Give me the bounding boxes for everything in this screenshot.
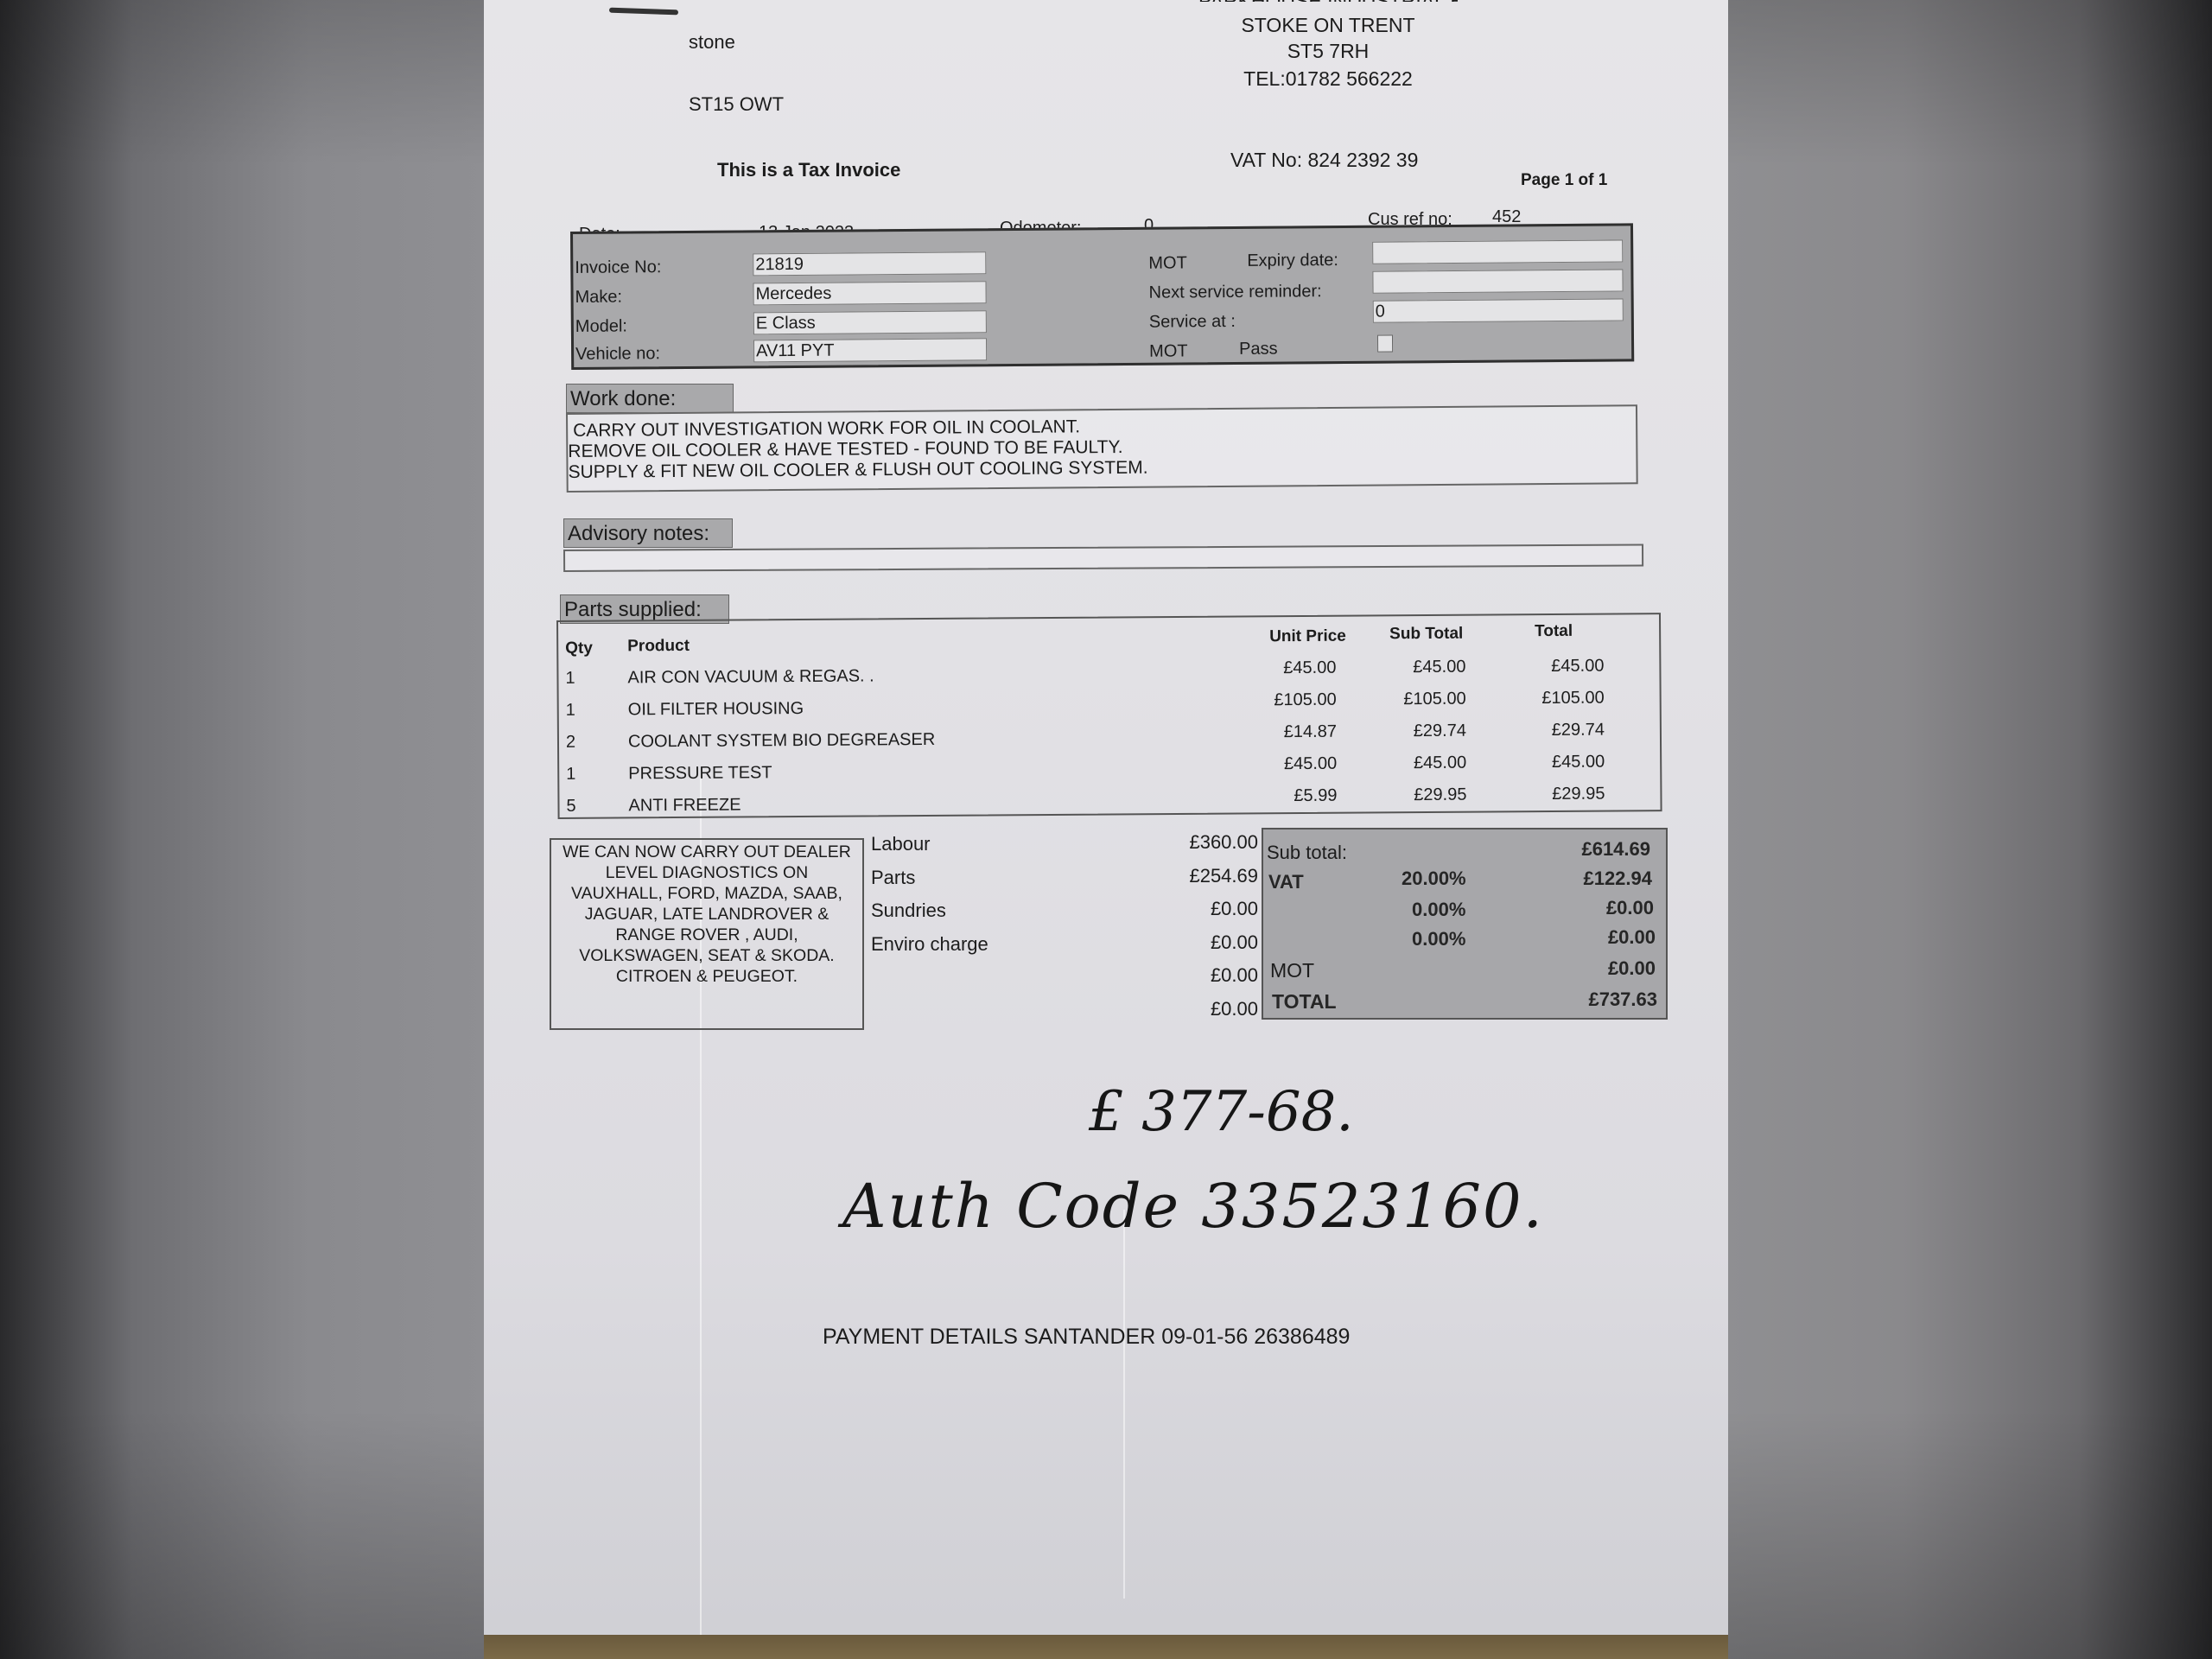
part-unit-price: £105.00 [1233, 690, 1337, 711]
promo-box: WE CAN NOW CARRY OUT DEALERLEVEL DIAGNOS… [550, 838, 864, 1030]
part-sub-total: £29.74 [1354, 721, 1466, 742]
charge-value: £254.69 [1106, 865, 1258, 887]
customer-postcode: ST15 OWT [689, 93, 784, 116]
part-qty: 1 [566, 765, 575, 785]
part-unit-price: £14.87 [1233, 722, 1337, 743]
next-service-field[interactable] [1372, 269, 1623, 293]
mot-pass-label: MOT [1149, 341, 1188, 361]
part-total: £45.00 [1492, 753, 1605, 773]
vehicle-no-label: Vehicle no: [575, 344, 660, 365]
part-total: £29.95 [1492, 785, 1605, 805]
expiry-date-field[interactable] [1372, 239, 1623, 264]
part-qty: 1 [565, 669, 575, 689]
invoice-paper: stone ST15 OWT PARKHOUSE INDUSTRIAL EST … [484, 0, 1728, 1659]
part-sub-total: £105.00 [1354, 690, 1466, 710]
charge-value: £360.00 [1106, 831, 1258, 854]
pen-mark [609, 8, 678, 16]
tax-invoice-label: This is a Tax Invoice [717, 159, 900, 181]
charge-value: £0.00 [1106, 898, 1258, 920]
business-postcode: ST5 7RH [1198, 40, 1458, 63]
service-at-field[interactable]: 0 [1373, 298, 1624, 322]
vehicle-no-field[interactable]: AV11 PYT [753, 338, 987, 362]
part-product: AIR CON VACUUM & REGAS. . [627, 666, 874, 688]
part-qty: 5 [566, 797, 575, 817]
part-qty: 2 [566, 733, 575, 753]
charge-value: £0.00 [1106, 998, 1258, 1020]
invoice-no-field[interactable]: 21819 [753, 251, 986, 276]
page-indicator: Page 1 of 1 [1521, 171, 1607, 190]
work-done-label: Work done: [566, 384, 734, 413]
sub-total-label: Sub total: [1267, 842, 1347, 864]
vat-value: £122.94 [1583, 868, 1652, 890]
amount-2: £0.00 [1606, 897, 1654, 919]
part-unit-price: £5.99 [1233, 786, 1337, 807]
charge-value: £0.00 [1106, 964, 1258, 987]
business-address: PARKHOUSE INDUSTRIAL EST [1198, 0, 1458, 2]
col-qty: Qty [565, 639, 593, 658]
part-product: ANTI FREEZE [628, 796, 741, 817]
part-sub-total: £45.00 [1353, 658, 1465, 678]
part-total: £105.00 [1492, 689, 1605, 709]
charge-value: £0.00 [1106, 931, 1258, 954]
col-total: Total [1535, 622, 1573, 641]
sub-total-value: £614.69 [1581, 838, 1650, 861]
handwritten-auth-code: Auth Code 33523160. [842, 1171, 1544, 1242]
promo-line: RANGE ROVER , AUDI, [551, 925, 862, 945]
part-unit-price: £45.00 [1232, 658, 1336, 679]
advisory-notes-box [563, 543, 1643, 572]
rate-2: 0.00% [1412, 899, 1465, 921]
customer-town: stone [689, 31, 735, 54]
part-qty: 1 [566, 701, 575, 721]
part-sub-total: £45.00 [1354, 753, 1466, 774]
promo-line: VAUXHALL, FORD, MAZDA, SAAB, [551, 883, 862, 904]
part-product: OIL FILTER HOUSING [628, 699, 804, 720]
promo-line: JAGUAR, LATE LANDROVER & [551, 904, 862, 925]
col-unit-price: Unit Price [1269, 627, 1346, 647]
part-total: £45.00 [1491, 657, 1604, 677]
advisory-notes-label: Advisory notes: [563, 518, 733, 548]
charge-label: Enviro charge [871, 933, 988, 956]
amount-3: £0.00 [1608, 926, 1656, 949]
pass-label: Pass [1239, 340, 1278, 359]
invoice-no-label: Invoice No: [575, 257, 661, 278]
expiry-date-label: Expiry date: [1247, 251, 1338, 271]
vat-rate: 20.00% [1402, 868, 1466, 890]
make-label: Make: [575, 288, 623, 308]
charge-label: Sundries [871, 899, 946, 922]
part-total: £29.74 [1492, 721, 1605, 741]
promo-line: WE CAN NOW CARRY OUT DEALER [551, 842, 862, 862]
promo-line: LEVEL DIAGNOSTICS ON [551, 862, 862, 883]
total-label: TOTAL [1272, 990, 1337, 1014]
part-sub-total: £29.95 [1354, 785, 1466, 806]
col-sub-total: Sub Total [1389, 625, 1463, 645]
part-product: COOLANT SYSTEM BIO DEGREASER [628, 730, 935, 752]
business-city: STOKE ON TRENT [1198, 14, 1458, 37]
model-field[interactable]: E Class [753, 310, 987, 334]
work-done-box: CARRY OUT INVESTIGATION WORK FOR OIL IN … [566, 404, 1638, 493]
next-service-label: Next service reminder: [1148, 282, 1321, 303]
vat-number: VAT No: 824 2392 39 [1230, 149, 1418, 172]
business-tel: TEL:01782 566222 [1198, 67, 1458, 91]
charge-label: Parts [871, 867, 915, 889]
mot-label: MOT [1148, 253, 1187, 273]
mot-total-label: MOT [1270, 959, 1314, 982]
handwritten-amount: £ 377-68. [1089, 1080, 1354, 1144]
model-label: Model: [575, 316, 627, 336]
work-done-line: SUPPLY & FIT NEW OIL COOLER & FLUSH OUT … [568, 457, 1147, 483]
make-field[interactable]: Mercedes [753, 281, 986, 305]
totals-box: Sub total: £614.69 VAT 20.00% £122.94 0.… [1262, 828, 1668, 1020]
service-at-label: Service at : [1149, 312, 1236, 333]
total-value: £737.63 [1588, 988, 1657, 1011]
part-unit-price: £45.00 [1233, 754, 1337, 775]
col-product: Product [627, 637, 690, 657]
payment-details: PAYMENT DETAILS SANTANDER 09-01-56 26386… [823, 1325, 1350, 1350]
promo-line: CITROEN & PEUGEOT. [551, 966, 862, 987]
parts-table: Qty Product Unit Price Sub Total Total 1… [556, 613, 1662, 819]
rate-3: 0.00% [1412, 928, 1465, 950]
promo-line: VOLKSWAGEN, SEAT & SKODA. [551, 945, 862, 966]
part-product: PRESSURE TEST [628, 763, 772, 784]
table-surface [484, 1635, 1728, 1659]
mot-pass-checkbox[interactable] [1377, 335, 1393, 353]
vehicle-details-box: Invoice No: 21819 Make: Mercedes Model: … [570, 223, 1634, 370]
vat-label: VAT [1268, 871, 1304, 893]
mot-total-value: £0.00 [1608, 957, 1656, 980]
charge-label: Labour [871, 833, 931, 855]
